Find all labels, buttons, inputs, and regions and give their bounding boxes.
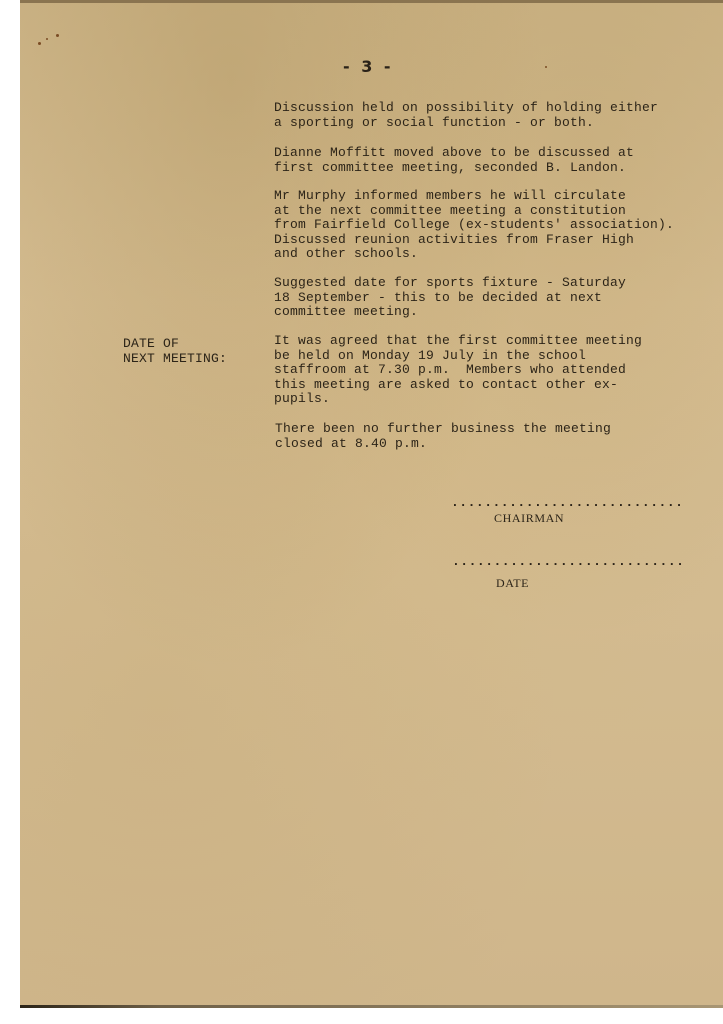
text-line: at the next committee meeting a constitu… [274,203,626,218]
date-signature-line: ............................ [452,554,684,569]
paper-top-edge [20,0,723,3]
text-line: be held on Monday 19 July in the school [274,348,586,363]
text-line: staffroom at 7.30 p.m. Members who atten… [274,362,626,377]
paragraph-motion: Dianne Moffitt moved above to be discuss… [274,146,634,175]
paragraph-function-discussion: Discussion held on possibility of holdin… [274,101,658,130]
stain-speck [46,38,48,40]
text-line: this meeting are asked to contact other … [274,377,618,392]
text-line: first committee meeting, seconded B. Lan… [274,160,626,175]
text-line: closed at 8.40 p.m. [275,436,427,451]
stain-speck [38,42,41,45]
text-line: Discussion held on possibility of holdin… [274,100,658,115]
text-line: Mr Murphy informed members he will circu… [274,188,626,203]
text-line: Discussed reunion activities from Fraser… [274,232,634,247]
date-label: DATE [496,576,529,591]
text-line: pupils. [274,391,330,406]
text-line: Dianne Moffitt moved above to be discuss… [274,145,634,160]
chairman-label: CHAIRMAN [494,511,564,526]
text-line: a sporting or social function - or both. [274,115,594,130]
side-heading-date-of-next-meeting: DATE OF NEXT MEETING: [123,337,227,366]
paragraph-closing: There been no further business the meeti… [275,422,611,451]
paragraph-next-meeting: It was agreed that the first committee m… [274,334,642,407]
paragraph-sports-fixture: Suggested date for sports fixture - Satu… [274,276,626,320]
text-line: and other schools. [274,246,418,261]
chairman-signature-line: ............................ [451,495,683,510]
text-line: committee meeting. [274,304,418,319]
paper-bottom-edge [20,1005,723,1008]
stain-speck [545,66,547,68]
stain-speck [56,34,59,37]
paragraph-constitution: Mr Murphy informed members he will circu… [274,189,674,262]
text-line: NEXT MEETING: [123,351,227,366]
text-line: DATE OF [123,336,179,351]
page-number: - 3 - [343,57,394,76]
text-line: It was agreed that the first committee m… [274,333,642,348]
text-line: 18 September - this to be decided at nex… [274,290,602,305]
text-line: There been no further business the meeti… [275,421,611,436]
text-line: Suggested date for sports fixture - Satu… [274,275,626,290]
text-line: from Fairfield College (ex-students' ass… [274,217,674,232]
